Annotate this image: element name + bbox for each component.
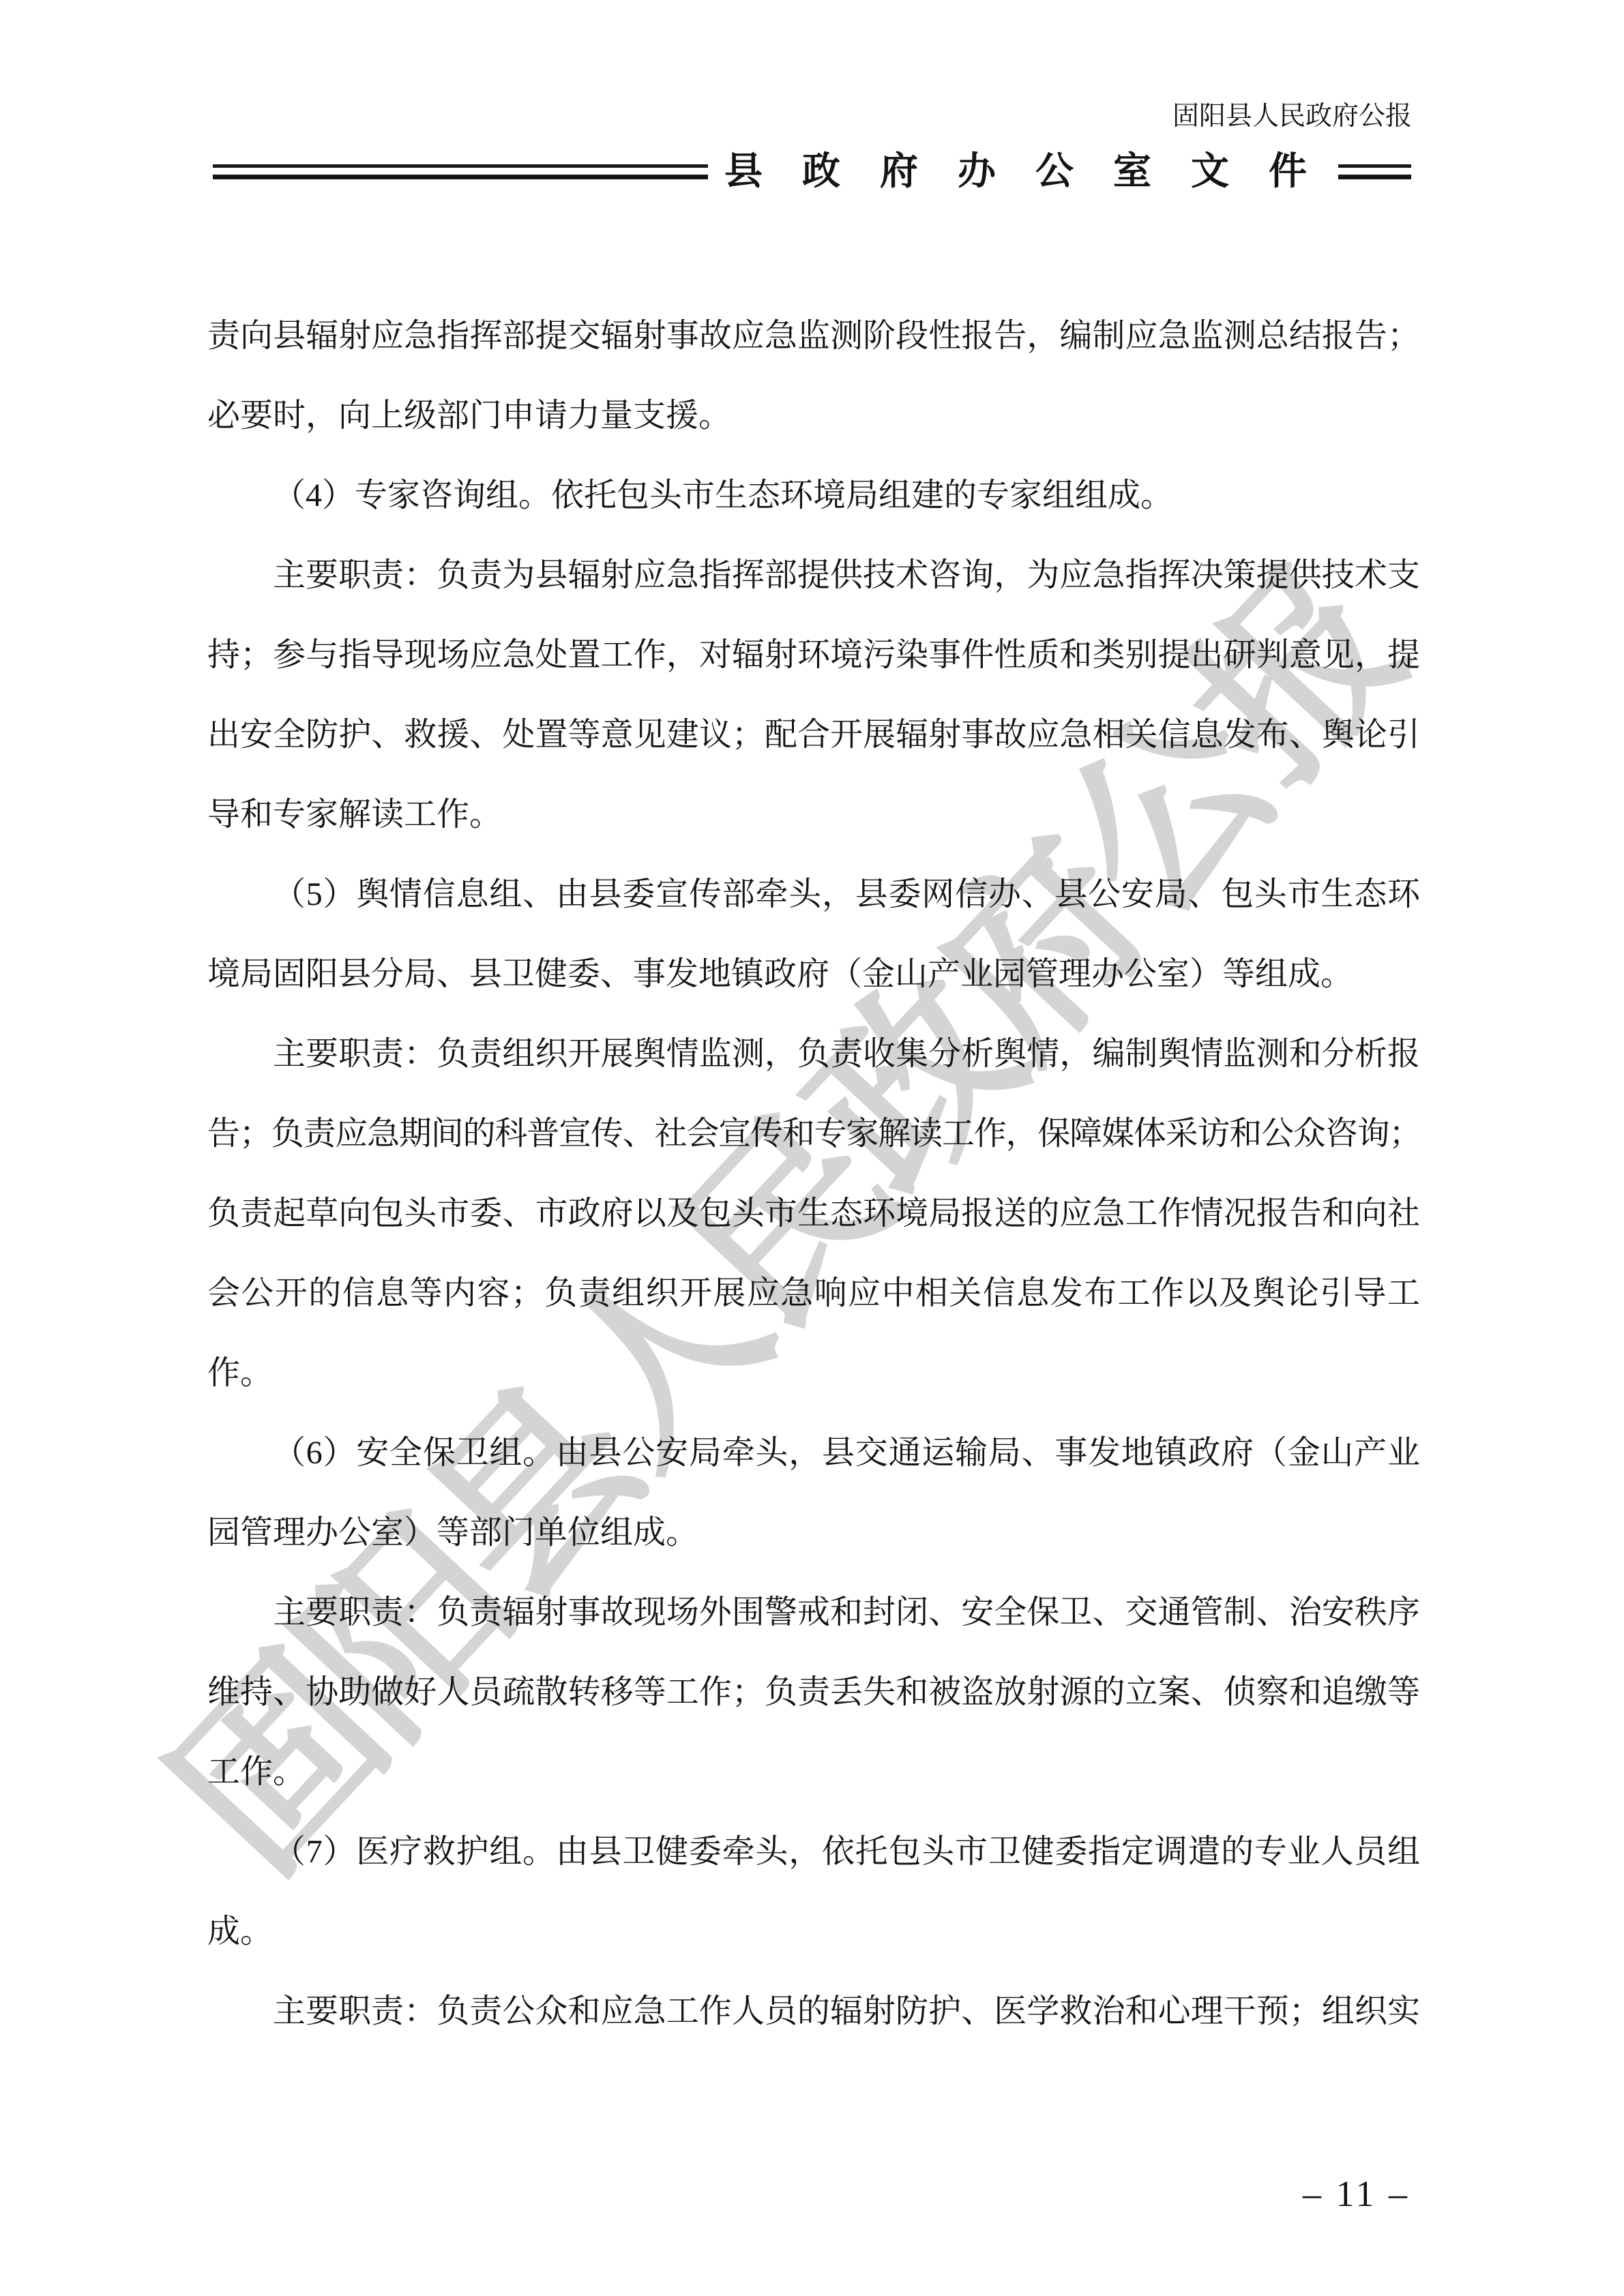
- body-paragraph: 主要职责：负责组织开展舆情监测，负责收集分析舆情，编制舆情监测和分析报告；负责应…: [207, 1014, 1420, 1413]
- body-paragraph: （5）舆情信息组、由县委宣传部牵头，县委网信办、县公安局、包头市生态环境局固阳县…: [207, 854, 1420, 1014]
- body-paragraph: 主要职责：负责为县辐射应急指挥部提供技术咨询，为应急指挥决策提供技术支持；参与指…: [207, 535, 1420, 854]
- body-line: 境局固阳县分局、县卫健委、事发地镇政府（金山产业园管理办公室）等组成。: [207, 934, 1420, 1014]
- header-rule-label: 县 政 府 办 公 室 文 件: [708, 153, 1338, 191]
- body-line: 主要职责：负责公众和应急工作人员的辐射防护、医学救治和心理干预；组织实: [207, 1971, 1420, 2051]
- body-line: 园管理办公室）等部门单位组成。: [207, 1493, 1420, 1572]
- masthead-title: 固阳县人民政府公报: [1172, 101, 1412, 133]
- body-paragraph: 责向县辐射应急指挥部提交辐射事故应急监测阶段性报告，编制应急监测总结报告；必要时…: [207, 296, 1420, 456]
- page-content: 固阳县人民政府公报 县 政 府 办 公 室 文 件 责向县辐射应急指挥部提交辐射…: [0, 0, 1624, 2296]
- body-line: 成。: [207, 1892, 1420, 1971]
- body-line: 主要职责：负责辐射事故现场外围警戒和封闭、安全保卫、交通管制、治安秩序: [207, 1572, 1420, 1652]
- header-rule-right-line: [1338, 164, 1411, 179]
- header-rule-left-line: [213, 164, 708, 179]
- body-line: 必要时，向上级部门申请力量支援。: [207, 376, 1420, 456]
- body-line: 责向县辐射应急指挥部提交辐射事故应急监测阶段性报告，编制应急监测总结报告；: [207, 296, 1420, 376]
- body-line: 主要职责：负责为县辐射应急指挥部提供技术咨询，为应急指挥决策提供技术支: [207, 535, 1420, 615]
- body-line: 持；参与指导现场应急处置工作，对辐射环境污染事件性质和类别提出研判意见，提: [207, 615, 1420, 695]
- body-line: 会公开的信息等内容；负责组织开展应急响应中相关信息发布工作以及舆论引导工: [207, 1253, 1420, 1333]
- body-paragraph: （6）安全保卫组。由县公安局牵头，县交通运输局、事发地镇政府（金山产业园管理办公…: [207, 1413, 1420, 1572]
- body-line: （7）医疗救护组。由县卫健委牵头，依托包头市卫健委指定调遣的专业人员组: [207, 1812, 1420, 1892]
- header-rule: 县 政 府 办 公 室 文 件: [213, 153, 1411, 191]
- body-line: 主要职责：负责组织开展舆情监测，负责收集分析舆情，编制舆情监测和分析报: [207, 1014, 1420, 1094]
- page-number: – 11 –: [1303, 2173, 1410, 2215]
- body-paragraph: 主要职责：负责公众和应急工作人员的辐射防护、医学救治和心理干预；组织实: [207, 1971, 1420, 2051]
- body-line: 导和专家解读工作。: [207, 775, 1420, 854]
- body-paragraph: （4）专家咨询组。依托包头市生态环境局组建的专家组组成。: [207, 456, 1420, 535]
- body-line: 出安全防护、救援、处置等意见建议；配合开展辐射事故应急相关信息发布、舆论引: [207, 695, 1420, 775]
- body-line: 告；负责应急期间的科普宣传、社会宣传和专家解读工作，保障媒体采访和公众咨询；: [207, 1094, 1420, 1174]
- body-line: 维持、协助做好人员疏散转移等工作；负责丢失和被盗放射源的立案、侦察和追缴等: [207, 1652, 1420, 1732]
- body-line: （6）安全保卫组。由县公安局牵头，县交通运输局、事发地镇政府（金山产业: [207, 1413, 1420, 1493]
- body-line: 工作。: [207, 1732, 1420, 1812]
- document-body: 责向县辐射应急指挥部提交辐射事故应急监测阶段性报告，编制应急监测总结报告；必要时…: [207, 296, 1420, 2051]
- body-line: 作。: [207, 1333, 1420, 1413]
- gazette-page: 固阳县人民政府公报 固阳县人民政府公报 县 政 府 办 公 室 文 件 责向县辐…: [0, 0, 1624, 2296]
- body-line: 负责起草向包头市委、市政府以及包头市生态环境局报送的应急工作情况报告和向社: [207, 1174, 1420, 1253]
- body-line: （4）专家咨询组。依托包头市生态环境局组建的专家组组成。: [207, 456, 1420, 535]
- body-paragraph: （7）医疗救护组。由县卫健委牵头，依托包头市卫健委指定调遣的专业人员组成。: [207, 1812, 1420, 1971]
- body-line: （5）舆情信息组、由县委宣传部牵头，县委网信办、县公安局、包头市生态环: [207, 854, 1420, 934]
- body-paragraph: 主要职责：负责辐射事故现场外围警戒和封闭、安全保卫、交通管制、治安秩序维持、协助…: [207, 1572, 1420, 1812]
